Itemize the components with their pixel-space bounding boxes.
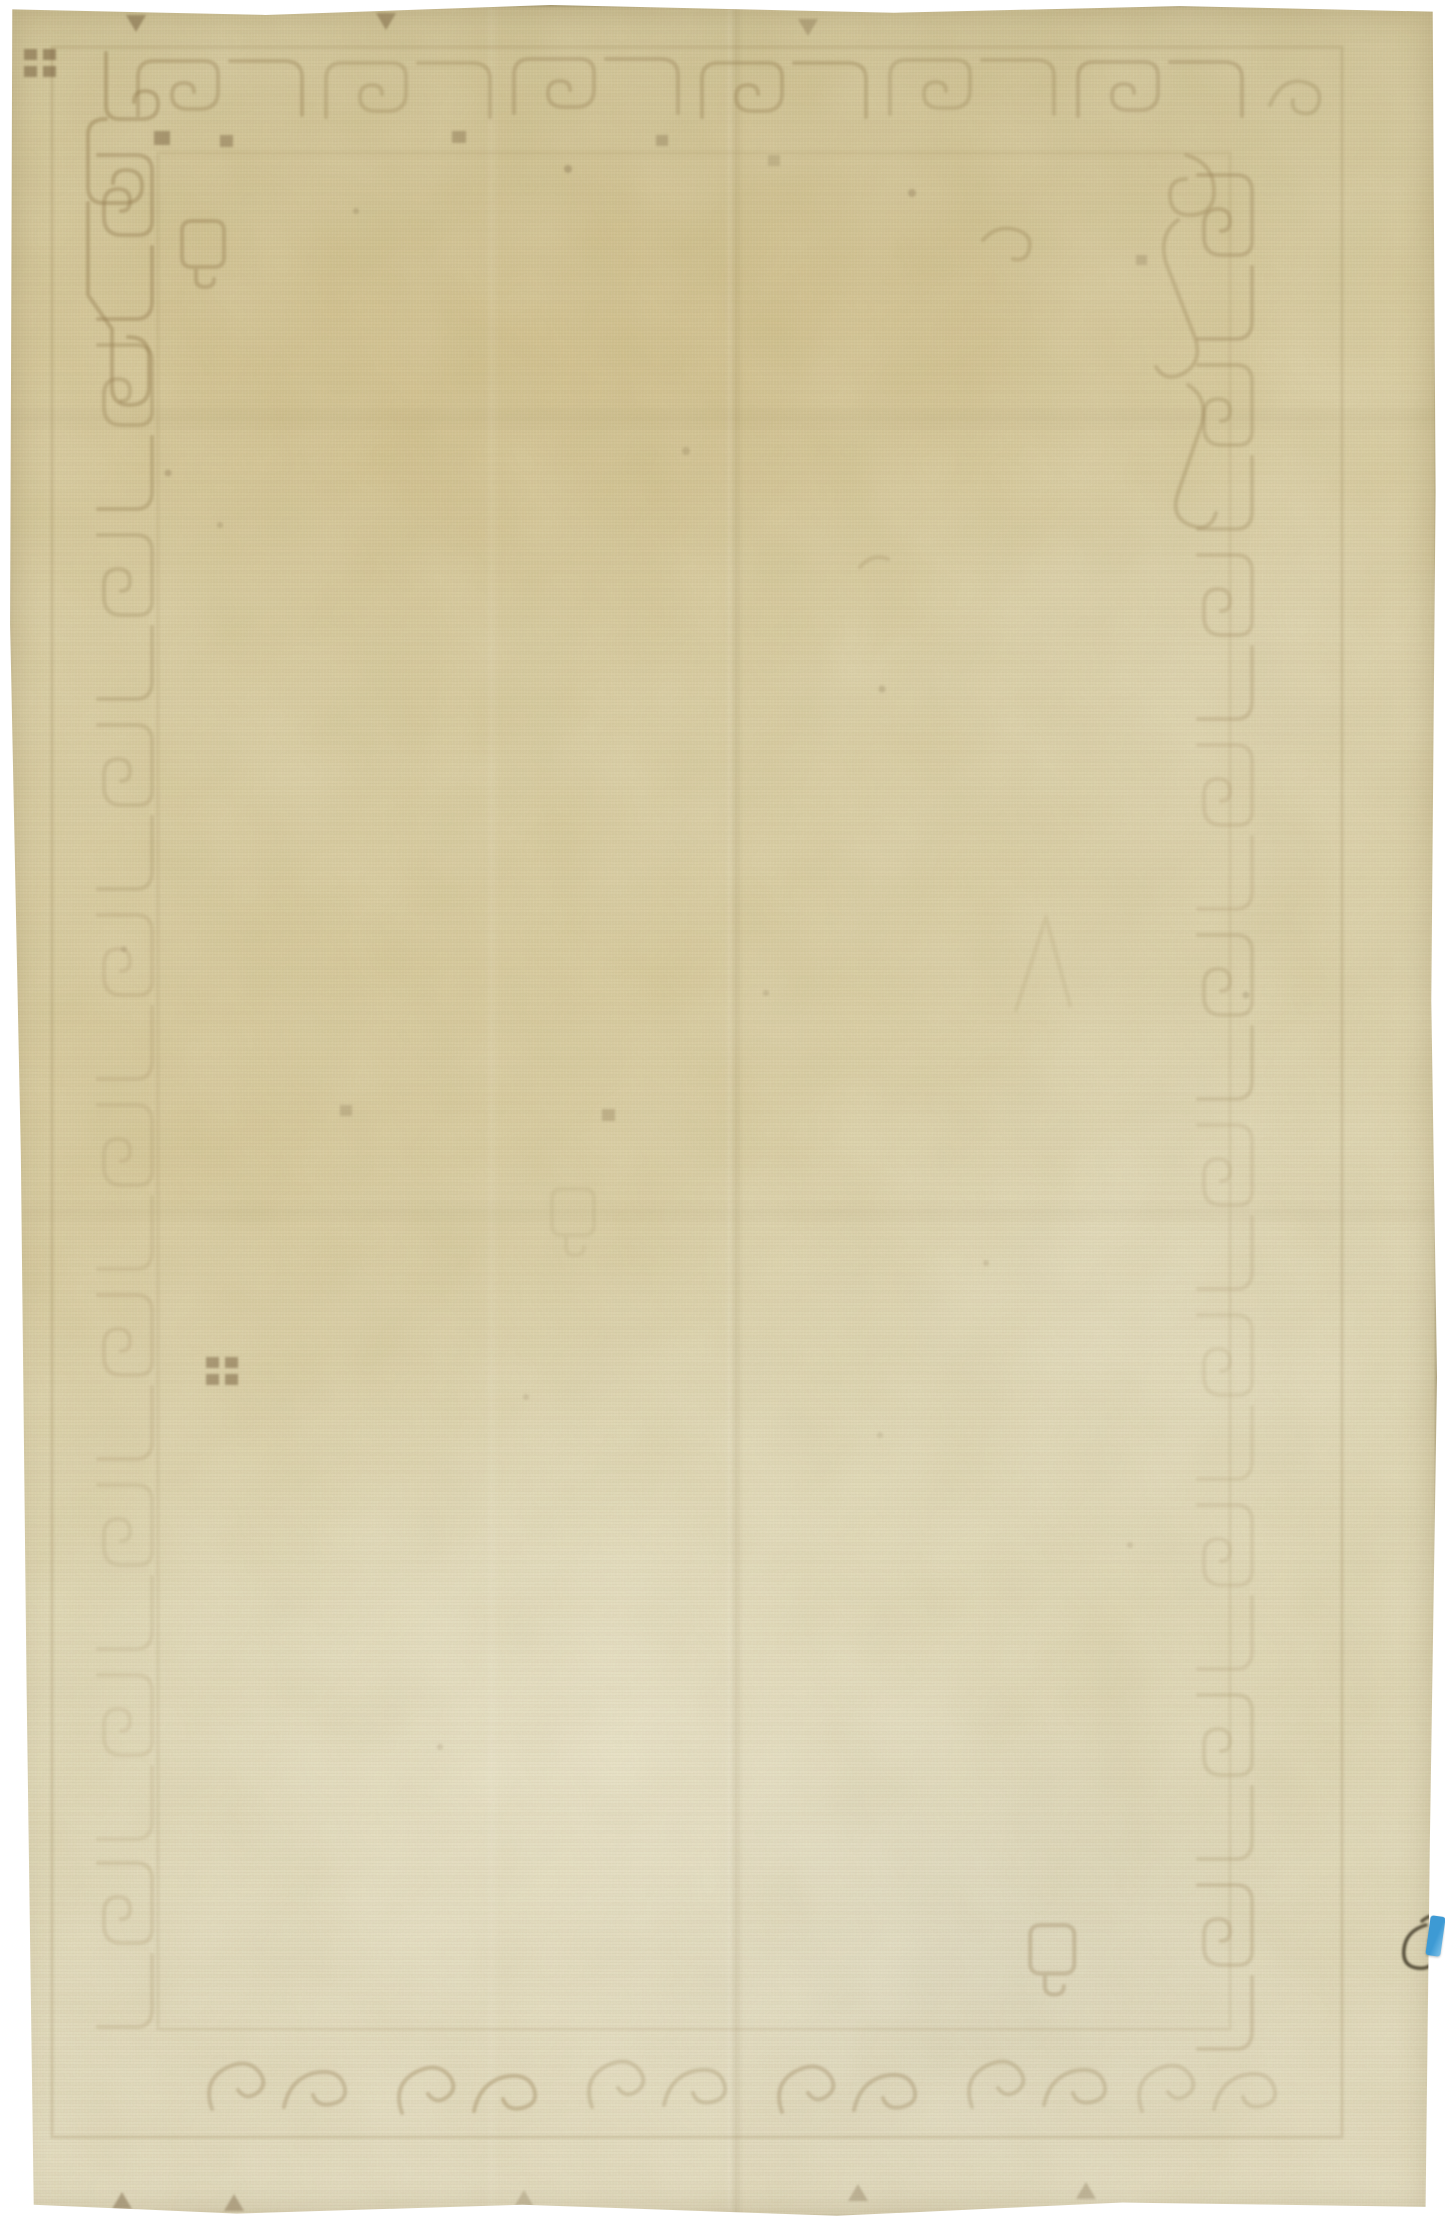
weave-grain-texture: [8, 5, 1437, 2218]
rug-design-layer: [8, 5, 1437, 2218]
photo-canvas: [0, 0, 1445, 2234]
rug-photo: [8, 5, 1437, 2218]
